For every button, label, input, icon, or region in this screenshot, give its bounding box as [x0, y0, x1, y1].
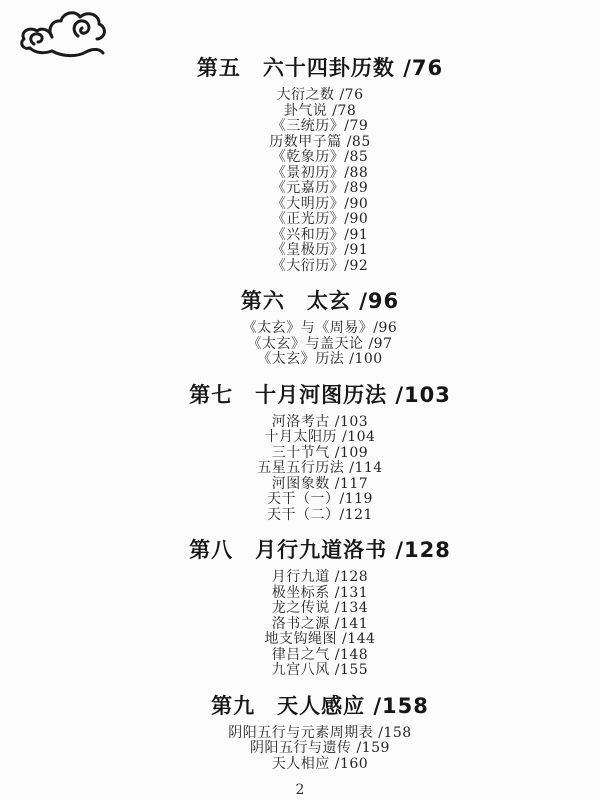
- toc-entry: 阴阳五行与元素周期表 /158: [40, 726, 600, 742]
- chapter-heading: 第六 太玄 /96: [40, 289, 600, 313]
- toc-entry: 《乾象历》/85: [40, 150, 600, 166]
- toc-entry: 《正光历》/90: [40, 212, 600, 228]
- toc-entry: 九宫八风 /155: [40, 663, 600, 679]
- page-number: 2: [296, 782, 305, 798]
- toc-entry: 《三统历》/79: [40, 119, 600, 135]
- toc-entry: 十月太阳历 /104: [40, 430, 600, 446]
- toc-entry: 天干（一）/119: [40, 492, 600, 508]
- toc-entry: 五星五行历法 /114: [40, 461, 600, 477]
- toc-entry: 《大明历》/90: [40, 197, 600, 213]
- toc-entry: 地支钩绳图 /144: [40, 632, 600, 648]
- toc-entry: 《皇极历》/91: [40, 243, 600, 259]
- toc-entry: 大衍之数 /76: [40, 88, 600, 104]
- chapter-heading: 第七 十月河图历法 /103: [40, 383, 600, 407]
- toc-entry: 《太玄》与盖天论 /97: [40, 337, 600, 353]
- toc-section: 第九 天人感应 /158阴阳五行与元素周期表 /158阴阳五行与遗传 /159天…: [40, 694, 600, 773]
- toc-entry: 律吕之气 /148: [40, 648, 600, 664]
- toc-entry: 阴阳五行与遗传 /159: [40, 741, 600, 757]
- book-page: 第五 六十四卦历数 /76大衍之数 /76卦气说 /78《三统历》/79历数甲子…: [0, 0, 600, 800]
- toc-entry: 《太玄》历法 /100: [40, 352, 600, 368]
- toc-entry: 《太玄》与《周易》/96: [40, 321, 600, 337]
- toc-entry: 河图象数 /117: [40, 477, 600, 493]
- toc-entry: 卦气说 /78: [40, 104, 600, 120]
- page-footer: 2: [0, 779, 600, 798]
- chapter-heading: 第五 六十四卦历数 /76: [40, 56, 600, 80]
- toc-entry: 历数甲子篇 /85: [40, 135, 600, 151]
- toc-entry: 天干（二）/121: [40, 508, 600, 524]
- toc-entry: 《元嘉历》/89: [40, 181, 600, 197]
- toc-entry: 天人相应 /160: [40, 757, 600, 773]
- toc-entry: 月行九道 /128: [40, 570, 600, 586]
- chapter-heading: 第九 天人感应 /158: [40, 694, 600, 718]
- toc-section: 第六 太玄 /96《太玄》与《周易》/96《太玄》与盖天论 /97《太玄》历法 …: [40, 289, 600, 368]
- toc-section: 第五 六十四卦历数 /76大衍之数 /76卦气说 /78《三统历》/79历数甲子…: [40, 56, 600, 274]
- toc-entry: 三十节气 /109: [40, 446, 600, 462]
- toc-entry: 洛书之源 /141: [40, 617, 600, 633]
- toc-entry: 《兴和历》/91: [40, 228, 600, 244]
- toc-entry: 《大衍历》/92: [40, 259, 600, 275]
- toc-entry: 《景初历》/88: [40, 166, 600, 182]
- toc-section: 第八 月行九道洛书 /128月行九道 /128极坐标系 /131龙之传说 /13…: [40, 538, 600, 679]
- toc-entry: 极坐标系 /131: [40, 586, 600, 602]
- toc-entry: 河洛考古 /103: [40, 415, 600, 431]
- chapter-heading: 第八 月行九道洛书 /128: [40, 538, 600, 562]
- toc-section: 第七 十月河图历法 /103河洛考古 /103十月太阳历 /104三十节气 /1…: [40, 383, 600, 524]
- table-of-contents: 第五 六十四卦历数 /76大衍之数 /76卦气说 /78《三统历》/79历数甲子…: [40, 0, 600, 798]
- toc-entry: 龙之传说 /134: [40, 601, 600, 617]
